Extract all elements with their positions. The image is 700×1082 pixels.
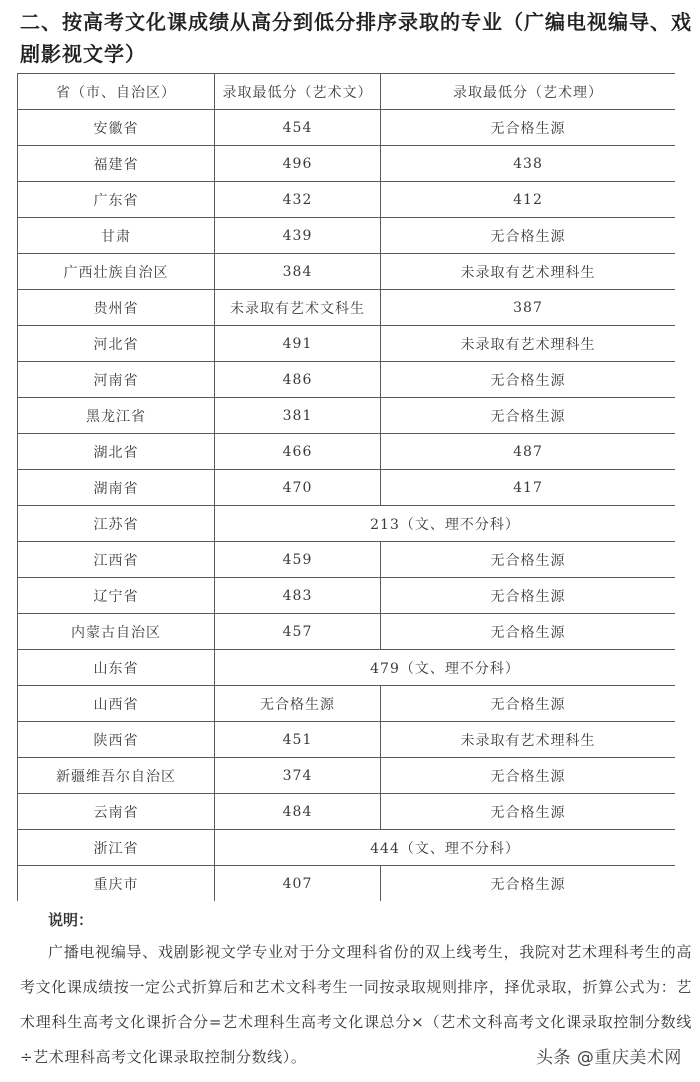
cell-province: 重庆市	[18, 866, 215, 902]
cell-min-score-liberal: 未录取有艺术文科生	[215, 290, 381, 326]
cell-merged-score: 444（文、理不分科）	[215, 830, 676, 866]
cell-min-score-science: 无合格生源	[381, 218, 676, 254]
table-header-row: 省（市、自治区） 录取最低分（艺术文） 录取最低分（艺术理）	[18, 74, 676, 110]
table-row: 陕西省451未录取有艺术理科生	[18, 722, 676, 758]
table-row: 重庆市407无合格生源	[18, 866, 676, 902]
notes-label: 说明：	[20, 905, 692, 935]
table-row: 河南省486无合格生源	[18, 362, 676, 398]
cell-min-score-liberal: 470	[215, 470, 381, 506]
cell-min-score-liberal: 451	[215, 722, 381, 758]
cell-province: 广东省	[18, 182, 215, 218]
header-min-score-arts-science: 录取最低分（艺术理）	[381, 74, 676, 110]
header-province: 省（市、自治区）	[18, 74, 215, 110]
table-row: 湖北省466487	[18, 434, 676, 470]
cell-province: 山东省	[18, 650, 215, 686]
cell-min-score-liberal: 432	[215, 182, 381, 218]
admission-score-table-container: 省（市、自治区） 录取最低分（艺术文） 录取最低分（艺术理） 安徽省454无合格…	[17, 73, 675, 903]
table-row: 黑龙江省381无合格生源	[18, 398, 676, 434]
cell-province: 浙江省	[18, 830, 215, 866]
table-row: 安徽省454无合格生源	[18, 110, 676, 146]
section-heading: 二、按高考文化课成绩从高分到低分排序录取的专业（广编电视编导、戏剧影视文学）	[20, 6, 692, 70]
cell-province: 甘肃	[18, 218, 215, 254]
cell-province: 陕西省	[18, 722, 215, 758]
cell-min-score-science: 487	[381, 434, 676, 470]
cell-merged-score: 479（文、理不分科）	[215, 650, 676, 686]
cell-min-score-liberal: 384	[215, 254, 381, 290]
cell-min-score-liberal: 374	[215, 758, 381, 794]
cell-province: 云南省	[18, 794, 215, 830]
cell-min-score-liberal: 407	[215, 866, 381, 902]
cell-province: 湖北省	[18, 434, 215, 470]
cell-min-score-science: 438	[381, 146, 676, 182]
table-row: 河北省491未录取有艺术理科生	[18, 326, 676, 362]
cell-province: 山西省	[18, 686, 215, 722]
cell-min-score-science: 无合格生源	[381, 866, 676, 902]
cell-min-score-science: 387	[381, 290, 676, 326]
cell-min-score-liberal: 459	[215, 542, 381, 578]
cell-min-score-liberal: 454	[215, 110, 381, 146]
cell-province: 新疆维吾尔自治区	[18, 758, 215, 794]
cell-min-score-science: 无合格生源	[381, 578, 676, 614]
table-row: 山东省479（文、理不分科）	[18, 650, 676, 686]
header-min-score-arts-liberal: 录取最低分（艺术文）	[215, 74, 381, 110]
table-row: 江西省459无合格生源	[18, 542, 676, 578]
cell-merged-score: 213（文、理不分科）	[215, 506, 676, 542]
source-watermark: 头条 @重庆美术网	[536, 1043, 682, 1068]
cell-min-score-liberal: 483	[215, 578, 381, 614]
cell-min-score-science: 412	[381, 182, 676, 218]
table-row: 新疆维吾尔自治区374无合格生源	[18, 758, 676, 794]
table-row: 云南省484无合格生源	[18, 794, 676, 830]
cell-min-score-science: 无合格生源	[381, 758, 676, 794]
cell-min-score-liberal: 381	[215, 398, 381, 434]
cell-min-score-liberal: 466	[215, 434, 381, 470]
cell-min-score-science: 未录取有艺术理科生	[381, 326, 676, 362]
cell-province: 江苏省	[18, 506, 215, 542]
cell-min-score-science: 无合格生源	[381, 398, 676, 434]
cell-province: 黑龙江省	[18, 398, 215, 434]
table-row: 江苏省213（文、理不分科）	[18, 506, 676, 542]
cell-min-score-science: 无合格生源	[381, 686, 676, 722]
table-row: 贵州省未录取有艺术文科生387	[18, 290, 676, 326]
cell-min-score-science: 无合格生源	[381, 110, 676, 146]
cell-min-score-science: 417	[381, 470, 676, 506]
admission-score-table: 省（市、自治区） 录取最低分（艺术文） 录取最低分（艺术理） 安徽省454无合格…	[17, 73, 675, 901]
cell-province: 江西省	[18, 542, 215, 578]
cell-min-score-liberal: 491	[215, 326, 381, 362]
cell-province: 内蒙古自治区	[18, 614, 215, 650]
table-row: 辽宁省483无合格生源	[18, 578, 676, 614]
cell-min-score-science: 无合格生源	[381, 614, 676, 650]
cell-min-score-science: 未录取有艺术理科生	[381, 722, 676, 758]
cell-min-score-science: 无合格生源	[381, 542, 676, 578]
cell-province: 广西壮族自治区	[18, 254, 215, 290]
table-row: 山西省无合格生源无合格生源	[18, 686, 676, 722]
table-row: 浙江省444（文、理不分科）	[18, 830, 676, 866]
cell-min-score-liberal: 439	[215, 218, 381, 254]
table-row: 广西壮族自治区384未录取有艺术理科生	[18, 254, 676, 290]
cell-min-score-liberal: 486	[215, 362, 381, 398]
cell-min-score-liberal: 457	[215, 614, 381, 650]
cell-min-score-liberal: 484	[215, 794, 381, 830]
table-row: 湖南省470417	[18, 470, 676, 506]
table-row: 甘肃439无合格生源	[18, 218, 676, 254]
cell-min-score-liberal: 496	[215, 146, 381, 182]
cell-province: 湖南省	[18, 470, 215, 506]
cell-min-score-science: 无合格生源	[381, 794, 676, 830]
cell-province: 河南省	[18, 362, 215, 398]
table-body: 安徽省454无合格生源福建省496438广东省432412甘肃439无合格生源广…	[18, 110, 676, 902]
cell-province: 河北省	[18, 326, 215, 362]
cell-province: 安徽省	[18, 110, 215, 146]
cell-province: 贵州省	[18, 290, 215, 326]
table-row: 广东省432412	[18, 182, 676, 218]
table-row: 内蒙古自治区457无合格生源	[18, 614, 676, 650]
cell-province: 福建省	[18, 146, 215, 182]
cell-min-score-science: 无合格生源	[381, 362, 676, 398]
table-row: 福建省496438	[18, 146, 676, 182]
cell-province: 辽宁省	[18, 578, 215, 614]
cell-min-score-liberal: 无合格生源	[215, 686, 381, 722]
cell-min-score-science: 未录取有艺术理科生	[381, 254, 676, 290]
